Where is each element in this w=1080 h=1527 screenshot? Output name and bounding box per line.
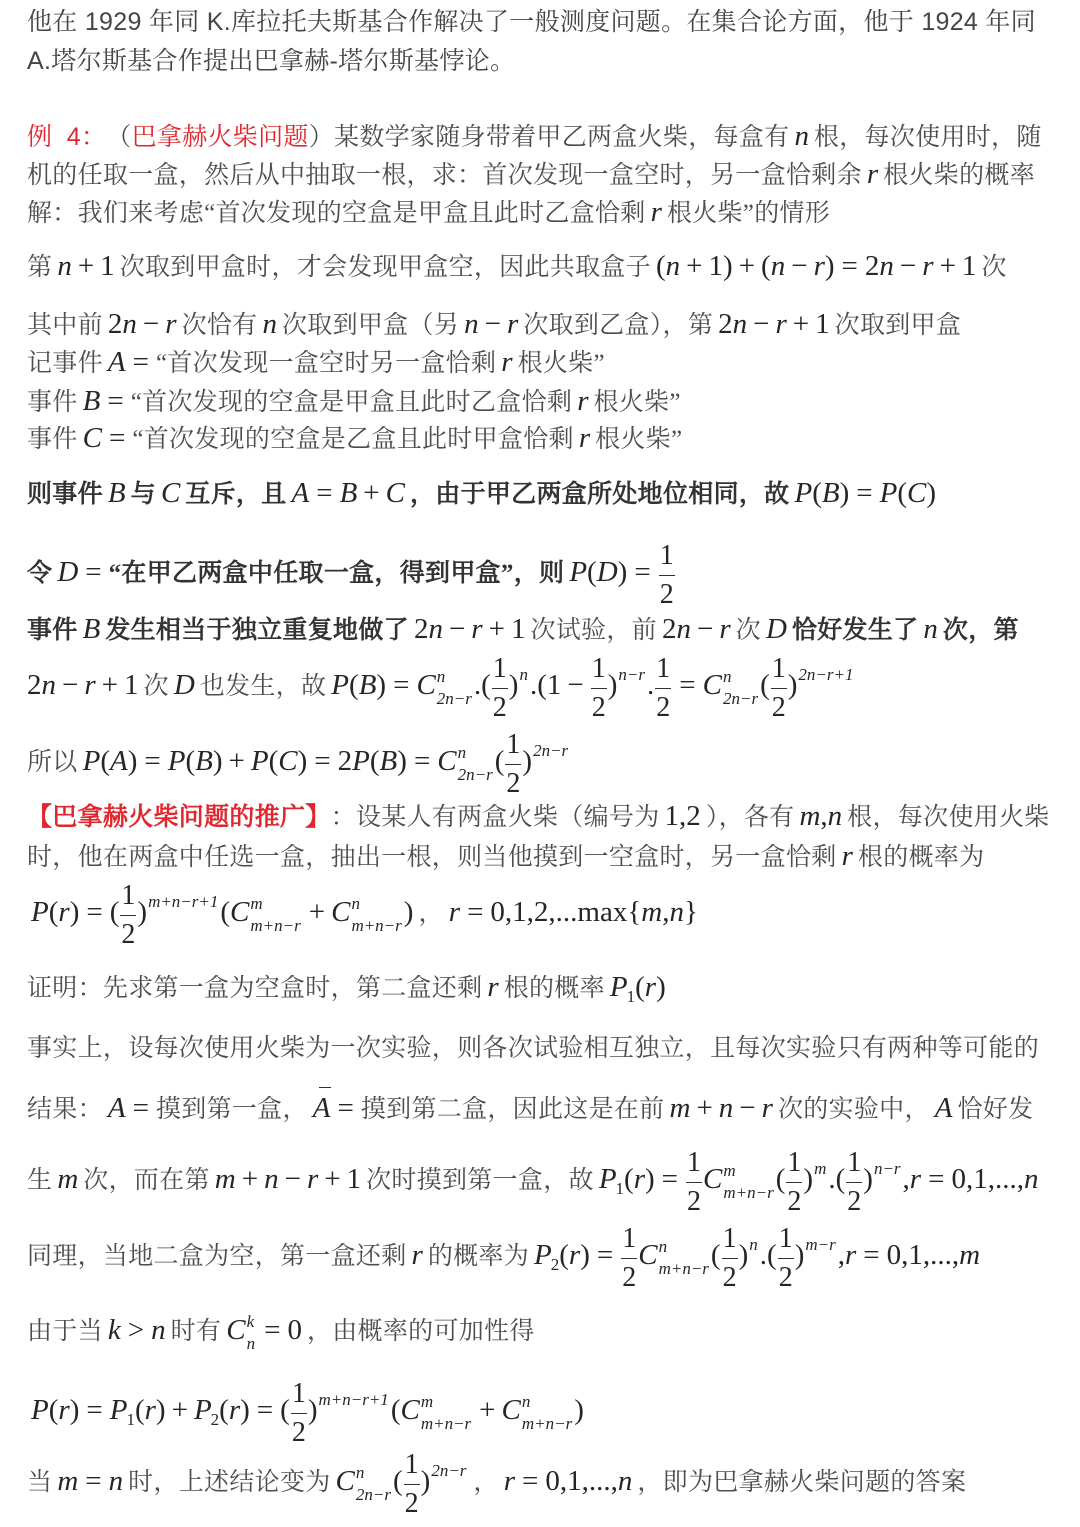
fraction-denominator: 2 bbox=[722, 1259, 738, 1293]
math-symbol: ) bbox=[618, 558, 628, 587]
math-symbol: 0,1,..., bbox=[951, 1165, 1024, 1194]
math-variable: r bbox=[634, 1165, 645, 1194]
math-operator: − bbox=[449, 615, 465, 644]
text: 摸到第二盒，因此这是在前 bbox=[361, 1097, 665, 1122]
math-relation: = bbox=[109, 424, 125, 453]
text: ：设某人有两盒火柴（编号为 bbox=[331, 805, 660, 830]
math-relation: = bbox=[144, 747, 160, 776]
fraction-denominator: 2 bbox=[621, 1259, 637, 1293]
math-symbol: ) bbox=[840, 479, 850, 508]
superscript: n bbox=[522, 1391, 572, 1413]
text: 当 bbox=[27, 1470, 52, 1495]
math-relation: > bbox=[128, 1316, 144, 1345]
exponent: m+n−r+1 bbox=[148, 893, 218, 910]
text: 根火柴”的情形 bbox=[667, 201, 830, 226]
text: 次的实验中， bbox=[778, 1097, 930, 1122]
math-operator: + bbox=[793, 310, 809, 339]
math-symbol: ( bbox=[635, 973, 645, 1002]
text: 次时摸到第一盒，故 bbox=[366, 1168, 594, 1193]
text: 次，而在第 bbox=[83, 1168, 210, 1193]
math-symbol: ( bbox=[220, 898, 230, 927]
math-variable: C bbox=[161, 479, 180, 508]
math-relation: = bbox=[133, 1094, 149, 1123]
math-symbol: 2 bbox=[414, 615, 429, 644]
math-variable: B bbox=[340, 479, 358, 508]
math-variable: P bbox=[110, 1396, 128, 1425]
exponent: n−r bbox=[874, 1160, 901, 1177]
math-operator: − bbox=[739, 1094, 755, 1123]
fraction: 12 bbox=[591, 654, 607, 723]
math-symbol: ) bbox=[298, 747, 308, 776]
bold-text: 次，第 bbox=[943, 618, 1019, 643]
solution-line-1: 解：我们来考虑“首次发现的空盒是甲盒且此时乙盒恰剩 r 根火柴”的情形 bbox=[27, 183, 830, 243]
math-variable: n bbox=[676, 615, 691, 644]
math-operator: − bbox=[697, 615, 713, 644]
superscript: n bbox=[351, 893, 401, 915]
text: 结果： bbox=[27, 1097, 103, 1122]
text: 也发生，故 bbox=[200, 674, 327, 699]
math-variable: C bbox=[83, 424, 102, 453]
fraction: 12 bbox=[778, 1224, 794, 1293]
subscript: m+n−r bbox=[421, 1413, 471, 1435]
math-operator: + bbox=[489, 615, 505, 644]
proof-line-7-formula: P ( r ) = P 1 ( r ) + P 2 ( r ) = ( 12 )… bbox=[31, 1381, 584, 1441]
fraction-denominator: 2 bbox=[771, 689, 787, 723]
math-symbol: ) bbox=[128, 747, 138, 776]
math-operator: + bbox=[78, 252, 94, 281]
fraction-numerator: 1 bbox=[846, 1148, 862, 1183]
text: 时，上述结论变为 bbox=[128, 1470, 330, 1495]
math-variable: P bbox=[31, 898, 49, 927]
text: ， bbox=[473, 1470, 498, 1495]
math-relation: = bbox=[85, 558, 101, 587]
exponent: m bbox=[814, 1160, 826, 1177]
math-symbol: ( bbox=[760, 671, 770, 700]
solution-line-11: 所以 P ( A ) = P ( B ) + P ( C ) = 2 P ( B… bbox=[27, 732, 570, 792]
fraction: 12 bbox=[291, 1379, 307, 1448]
bold-text: 则事件 bbox=[27, 482, 103, 507]
superscript: n bbox=[659, 1236, 709, 1258]
math-relation: = bbox=[264, 1316, 280, 1345]
math-variable: n bbox=[719, 1094, 734, 1123]
math-variable: D bbox=[766, 615, 787, 644]
binomial-indices: nm+n−r bbox=[522, 1391, 572, 1435]
math-variable: C bbox=[386, 479, 405, 508]
math-variable: m bbox=[57, 1467, 78, 1496]
fraction: 12 bbox=[771, 654, 787, 723]
math-variable: B bbox=[195, 747, 213, 776]
math-symbol: ( bbox=[370, 747, 380, 776]
math-symbol: 0,1,2,...max bbox=[490, 898, 627, 927]
math-variable: P bbox=[610, 973, 628, 1002]
math-variable: B bbox=[822, 479, 840, 508]
binomial-symbol: C bbox=[400, 1396, 419, 1425]
text: 生 bbox=[27, 1168, 52, 1193]
solution-line-10: 2 n − r + 1 次 D 也发生，故 P ( B ) = C n2n−r … bbox=[27, 656, 855, 716]
math-symbol: ) bbox=[70, 1396, 80, 1425]
exponent: n bbox=[519, 666, 528, 683]
fraction-numerator: 1 bbox=[655, 654, 671, 689]
math-symbol: ( bbox=[761, 252, 771, 281]
math-symbol: 2 bbox=[662, 615, 677, 644]
math-symbol: .( bbox=[474, 671, 491, 700]
exponent: m−r bbox=[805, 1236, 835, 1253]
binomial-indices: nm+n−r bbox=[659, 1236, 709, 1280]
text: ，由概率的可加性得 bbox=[307, 1319, 535, 1344]
fraction-denominator: 2 bbox=[846, 1183, 862, 1217]
math-symbol: 0,1,..., bbox=[545, 1467, 618, 1496]
math-operator: + bbox=[172, 1396, 188, 1425]
math-operator: + bbox=[242, 1165, 258, 1194]
math-symbol: 1 bbox=[347, 1165, 362, 1194]
binomial-symbol: C bbox=[331, 898, 350, 927]
math-symbol: ) bbox=[397, 747, 407, 776]
fraction: 12 bbox=[786, 1148, 802, 1217]
math-variable: P bbox=[194, 1396, 212, 1425]
bold-text: ，由于甲乙两盒所处地位相同，故 bbox=[410, 482, 790, 507]
math-variable: m bbox=[669, 1094, 690, 1123]
math-relation: = bbox=[393, 671, 409, 700]
math-variable: B bbox=[83, 615, 101, 644]
math-symbol: 2 bbox=[718, 310, 733, 339]
math-symbol: 1 bbox=[962, 252, 977, 281]
math-symbol: ( bbox=[495, 747, 505, 776]
fraction-denominator: 2 bbox=[492, 689, 508, 723]
fraction: 12 bbox=[655, 654, 671, 723]
math-symbol: ) bbox=[863, 1165, 873, 1194]
binomial-indices: n2n−r bbox=[356, 1462, 391, 1506]
math-symbol: ( bbox=[280, 1396, 290, 1425]
math-symbol: ) bbox=[739, 1241, 749, 1270]
fraction: 12 bbox=[404, 1450, 420, 1519]
fraction-numerator: 1 bbox=[786, 1148, 802, 1183]
math-variable: A bbox=[110, 747, 128, 776]
math-symbol: ( bbox=[100, 747, 110, 776]
fraction-denominator: 2 bbox=[655, 689, 671, 723]
math-variable: n bbox=[57, 252, 72, 281]
math-variable: r bbox=[842, 842, 853, 871]
math-symbol: ( bbox=[587, 558, 597, 587]
fraction-denominator: 2 bbox=[786, 1183, 802, 1217]
subscript: m+n−r bbox=[250, 915, 300, 937]
math-operator: − bbox=[753, 310, 769, 339]
math-operator: + bbox=[229, 747, 245, 776]
superscript: n bbox=[458, 742, 493, 764]
superscript: n bbox=[437, 666, 472, 688]
fraction-numerator: 1 bbox=[492, 654, 508, 689]
proof-line-4: 生 m 次，而在第 m + n − r + 1 次时摸到第一盒，故 P 1 ( … bbox=[27, 1150, 1038, 1210]
math-symbol: ) bbox=[156, 1396, 166, 1425]
text: 解：我们来考虑“首次发现的空盒是甲盒且此时乙盒恰剩 bbox=[27, 201, 646, 226]
proof-line-3: 结果： A = 摸到第一盒， A = 摸到第二盒，因此这是在前 m + n − … bbox=[27, 1079, 1033, 1139]
binomial-symbol: C bbox=[226, 1316, 245, 1345]
math-variable: n bbox=[666, 252, 681, 281]
math-symbol: 2 bbox=[27, 671, 42, 700]
math-symbol: 2 bbox=[865, 252, 880, 281]
generalization-line-2: 时，他在两盒中任选一盒，抽出一根，则当他摸到一空盒时，另一盒恰剩 r 根的概率为 bbox=[27, 827, 984, 887]
exponent: m+n−r+1 bbox=[319, 1391, 389, 1408]
math-variable: P bbox=[795, 479, 813, 508]
exponent: 2n−r bbox=[431, 1462, 466, 1479]
math-symbol: ( bbox=[624, 1165, 634, 1194]
math-relation: = bbox=[86, 898, 102, 927]
math-symbol: 0 bbox=[287, 1316, 302, 1345]
superscript: m bbox=[723, 1160, 773, 1182]
text: 根火柴” bbox=[595, 427, 682, 452]
text: 恰好发 bbox=[957, 1097, 1033, 1122]
math-operator: + bbox=[102, 671, 118, 700]
math-symbol: ( bbox=[185, 747, 195, 776]
math-variable: P bbox=[251, 747, 269, 776]
math-variable: B bbox=[108, 479, 126, 508]
binomial-symbol: C bbox=[416, 671, 435, 700]
math-variable: r bbox=[762, 1094, 773, 1123]
math-variable: D bbox=[57, 558, 78, 587]
binomial-symbol: C bbox=[502, 1396, 521, 1425]
fraction-numerator: 1 bbox=[722, 1224, 738, 1259]
math-variable: r bbox=[84, 671, 95, 700]
math-symbol: , bbox=[662, 898, 669, 927]
math-symbol: ( bbox=[349, 671, 359, 700]
bold-text: 互斥，且 bbox=[185, 482, 286, 507]
math-variable: r bbox=[651, 198, 662, 227]
math-symbol: ) bbox=[580, 1241, 590, 1270]
math-variable-complement: A bbox=[313, 1094, 331, 1123]
math-operator: − bbox=[62, 671, 78, 700]
generalization-title: 【巴拿赫火柴问题的推广】 bbox=[27, 805, 331, 830]
solution-line-7: 则事件 B 与 C 互斥，且 A = B + C ，由于甲乙两盒所处地位相同，故… bbox=[27, 464, 936, 524]
text: ， bbox=[418, 901, 443, 926]
math-symbol: ( bbox=[49, 898, 59, 927]
text: 第 bbox=[27, 255, 52, 280]
math-variable: n bbox=[771, 252, 786, 281]
math-relation: = bbox=[597, 1241, 613, 1270]
text: 根火柴的概率 bbox=[883, 163, 1035, 188]
subscript: 2n−r bbox=[458, 764, 493, 786]
math-relation: = bbox=[467, 898, 483, 927]
math-variable: r bbox=[487, 973, 498, 1002]
math-relation: = bbox=[863, 1241, 879, 1270]
solution-line-9: 事件 B 发生相当于独立重复地做了 2 n − r + 1 次试验，前 2 n … bbox=[27, 600, 1019, 660]
math-symbol: ) bbox=[608, 671, 618, 700]
math-variable: n bbox=[264, 1165, 279, 1194]
math-variable: n bbox=[1024, 1165, 1039, 1194]
superscript: n bbox=[723, 666, 758, 688]
fraction-denominator: 2 bbox=[404, 1485, 420, 1519]
binomial-indices: mm+n−r bbox=[250, 893, 300, 937]
math-symbol: ( bbox=[219, 1396, 229, 1425]
proof-line-8: 当 m = n 时，上述结论变为 C n2n−r ( 12 ) 2n−r ， r… bbox=[27, 1452, 966, 1512]
math-symbol: ( bbox=[393, 1467, 403, 1496]
binomial-symbol: C bbox=[638, 1241, 657, 1270]
superscript: m bbox=[421, 1391, 471, 1413]
math-variable: n bbox=[428, 615, 443, 644]
proof-line-2: 事实上，设每次使用火柴为一次实验，则各次试验相互独立，且每次实验只有两种等可能的 bbox=[27, 1018, 1039, 1078]
binomial-indices: mm+n−r bbox=[723, 1160, 773, 1204]
proof-line-6: 由于当 k > n 时有 C kn = 0 ，由概率的可加性得 bbox=[27, 1301, 535, 1361]
bold-text: 恰好发生了 bbox=[792, 618, 919, 643]
text: 根，每次使用火柴 bbox=[847, 805, 1049, 830]
math-symbol: .( bbox=[760, 1241, 777, 1270]
text: 事件 bbox=[27, 427, 78, 452]
text: “首次发现的空盒是乙盒且此时甲盒恰剩 bbox=[132, 427, 574, 452]
math-symbol: ( bbox=[656, 252, 666, 281]
math-symbol: 1) bbox=[709, 252, 733, 281]
fraction: 12 bbox=[492, 654, 508, 723]
math-symbol: ) bbox=[308, 1396, 318, 1425]
math-symbol: ) bbox=[137, 898, 147, 927]
math-relation: = bbox=[662, 1165, 678, 1194]
math-variable: A bbox=[291, 479, 309, 508]
math-operator: − bbox=[285, 1165, 301, 1194]
binomial-symbol: C bbox=[703, 671, 722, 700]
math-variable: r bbox=[307, 1165, 318, 1194]
math-variable: n bbox=[618, 1467, 633, 1496]
subscript: 2n−r bbox=[437, 688, 472, 710]
math-variable: k bbox=[108, 1316, 121, 1345]
math-variable: P bbox=[83, 747, 101, 776]
fraction: 12 bbox=[722, 1224, 738, 1293]
math-variable: r bbox=[814, 252, 825, 281]
math-variable: m bbox=[959, 1241, 980, 1270]
subscript-index: 2 bbox=[211, 1411, 220, 1428]
math-variable: r bbox=[449, 898, 460, 927]
fraction-numerator: 1 bbox=[291, 1379, 307, 1414]
text: 由于当 bbox=[27, 1319, 103, 1344]
text: 次 bbox=[144, 674, 169, 699]
math-operator: + bbox=[739, 252, 755, 281]
exponent: 2n−r+1 bbox=[798, 666, 853, 683]
math-relation: = bbox=[257, 1396, 273, 1425]
math-variable: P bbox=[569, 558, 587, 587]
binomial-symbol: C bbox=[230, 898, 249, 927]
binomial-indices: kn bbox=[247, 1311, 256, 1355]
math-variable: r bbox=[58, 1396, 69, 1425]
fraction-numerator: 1 bbox=[591, 654, 607, 689]
math-variable: n bbox=[151, 1316, 166, 1345]
math-symbol: ) bbox=[926, 479, 936, 508]
math-relation: = bbox=[679, 671, 695, 700]
math-variable: P bbox=[331, 671, 349, 700]
math-variable: n bbox=[923, 615, 938, 644]
math-variable: m bbox=[641, 898, 662, 927]
math-symbol: ) bbox=[404, 898, 414, 927]
math-relation: = bbox=[414, 747, 430, 776]
bold-text: “在甲乙两盒中任取一盒，得到甲盒”，则 bbox=[109, 561, 565, 586]
text: 根的概率为 bbox=[858, 845, 985, 870]
solution-line-2: 第 n + 1 次取到甲盒时，才会发现甲盒空，因此共取盒子 ( n + 1) +… bbox=[27, 237, 1007, 297]
exponent: n bbox=[749, 1236, 758, 1253]
math-operator: − bbox=[900, 252, 916, 281]
math-relation: = bbox=[856, 479, 872, 508]
binomial-symbol: C bbox=[703, 1165, 722, 1194]
fraction-numerator: 1 bbox=[686, 1148, 702, 1183]
math-variable: r bbox=[776, 310, 787, 339]
math-symbol: . bbox=[647, 671, 654, 700]
math-symbol: 1 bbox=[124, 671, 139, 700]
math-symbol: ) bbox=[421, 1467, 431, 1496]
text: 时，他在两盒中任选一盒，抽出一根，则当他摸到一空盒时，另一盒恰剩 bbox=[27, 845, 837, 870]
math-symbol: ( bbox=[812, 479, 822, 508]
math-symbol: .(1 bbox=[530, 671, 561, 700]
superscript: k bbox=[247, 1311, 256, 1333]
math-variable: r bbox=[922, 252, 933, 281]
math-variable: n bbox=[733, 310, 748, 339]
math-variable: r bbox=[504, 1467, 515, 1496]
math-symbol: ( bbox=[776, 1165, 786, 1194]
math-symbol: ( bbox=[559, 1241, 569, 1270]
math-symbol: } bbox=[684, 898, 698, 927]
math-variable: m bbox=[57, 1165, 78, 1194]
math-symbol: ) bbox=[788, 671, 798, 700]
binomial-indices: mm+n−r bbox=[421, 1391, 471, 1435]
text: 的概率为 bbox=[428, 1244, 529, 1269]
math-operator: − bbox=[567, 671, 583, 700]
binomial-symbol: C bbox=[336, 1467, 355, 1496]
subscript: m+n−r bbox=[522, 1413, 572, 1435]
generalization-formula: P ( r ) = ( 12 ) m+n−r+1 ( C mm+n−r + C … bbox=[31, 883, 698, 943]
math-symbol: ( bbox=[897, 479, 907, 508]
binomial-indices: n2n−r bbox=[437, 666, 472, 710]
bold-text: 与 bbox=[131, 482, 156, 507]
proof-line-5: 同理，当地二盒为空，第一盒还剩 r 的概率为 P 2 ( r ) = 12 C … bbox=[27, 1226, 980, 1286]
text: 证明：先求第一盒为空盒时，第二盒还剩 bbox=[27, 976, 482, 1001]
math-variable: P bbox=[880, 479, 898, 508]
text: 摸到第一盒， bbox=[156, 1097, 308, 1122]
math-variable: C bbox=[278, 747, 297, 776]
subscript-index: 1 bbox=[126, 1411, 135, 1428]
math-variable: n bbox=[879, 252, 894, 281]
text: 次 bbox=[981, 255, 1006, 280]
math-variable: m bbox=[215, 1165, 236, 1194]
text: 次取到甲盒时，才会发现甲盒空，因此共取盒子 bbox=[120, 255, 651, 280]
math-variable: r bbox=[471, 615, 482, 644]
math-symbol: ) bbox=[522, 747, 532, 776]
math-symbol: ( bbox=[49, 1396, 59, 1425]
math-symbol: 1 bbox=[511, 615, 526, 644]
binomial-indices: n2n−r bbox=[723, 666, 758, 710]
math-symbol: 0,1,..., bbox=[887, 1241, 960, 1270]
math-variable: P bbox=[31, 1396, 49, 1425]
fraction-denominator: 2 bbox=[591, 689, 607, 723]
math-variable: C bbox=[907, 479, 926, 508]
math-operator: + bbox=[940, 252, 956, 281]
solution-line-6-event-c: 事件 C = “首次发现的空盒是乙盒且此时甲盒恰剩 r 根火柴” bbox=[27, 409, 682, 469]
fraction-denominator: 2 bbox=[291, 1414, 307, 1448]
fraction-denominator: 2 bbox=[778, 1259, 794, 1293]
math-variable: B bbox=[380, 747, 398, 776]
text: 事实上，设每次使用火柴为一次实验，则各次试验相互独立，且每次实验只有两种等可能的 bbox=[27, 1036, 1039, 1061]
math-variable: P bbox=[352, 747, 370, 776]
fraction-numerator: 1 bbox=[621, 1224, 637, 1259]
superscript: n bbox=[356, 1462, 391, 1484]
fraction: 12 bbox=[686, 1148, 702, 1217]
subscript: m+n−r bbox=[351, 915, 401, 937]
math-variable: r bbox=[145, 1396, 156, 1425]
math-variable: P bbox=[599, 1165, 617, 1194]
math-symbol: ( bbox=[135, 1396, 145, 1425]
fraction-numerator: 1 bbox=[505, 730, 521, 765]
math-symbol: ( bbox=[110, 898, 120, 927]
text: ），各有 bbox=[706, 805, 795, 830]
math-symbol: ) bbox=[803, 1165, 813, 1194]
text: 次试验，前 bbox=[530, 618, 657, 643]
math-relation: = bbox=[522, 1467, 538, 1496]
binomial-indices: n2n−r bbox=[458, 742, 493, 786]
math-symbol: ) bbox=[645, 1165, 655, 1194]
math-relation: = bbox=[634, 558, 650, 587]
math-symbol: ) bbox=[240, 1396, 250, 1425]
